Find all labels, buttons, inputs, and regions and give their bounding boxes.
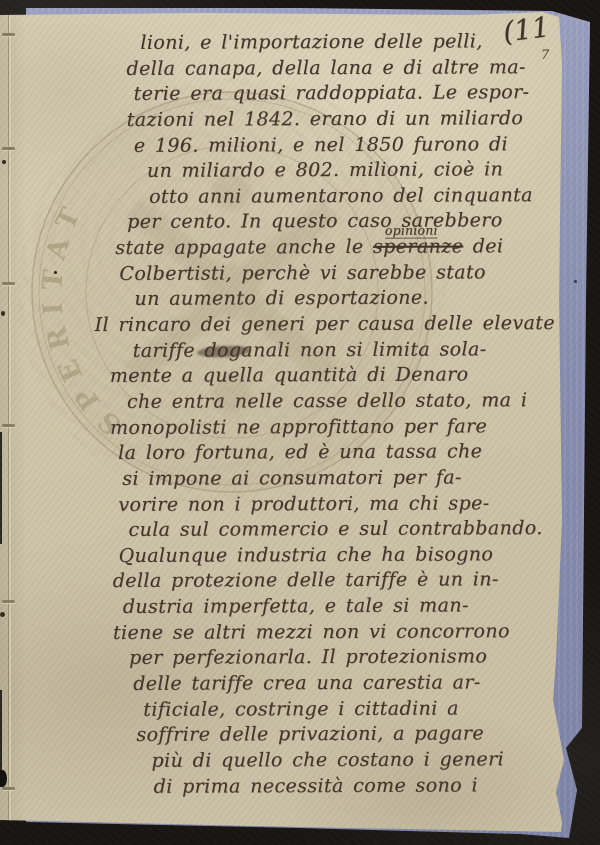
manuscript-line: più di quello che costano i generi bbox=[151, 748, 581, 776]
manuscript-line: otto anni aumentarono del cinquanta bbox=[149, 184, 579, 212]
manuscript-line: vorire non i produttori, ma chi spe- bbox=[118, 491, 580, 519]
manuscript-line: tificiale, costringe i cittadini a bbox=[143, 697, 581, 725]
manuscript-line: tariffe doganali non si limita sola- bbox=[133, 338, 580, 366]
struck-word: speranze bbox=[373, 236, 463, 258]
manuscript-line: Qualunque industria che ha bisogno bbox=[119, 543, 581, 571]
manuscript-line: della canapa, della lana e di altre ma- bbox=[126, 56, 578, 84]
binding-fold bbox=[8, 14, 11, 822]
paper-speck bbox=[0, 612, 5, 617]
backdrop-sliver bbox=[0, 690, 2, 770]
inserted-word: opinioni bbox=[385, 223, 438, 239]
correction: opinionisperanze bbox=[373, 236, 463, 258]
manuscript-line: un miliardo e 802. milioni, cioè in bbox=[147, 158, 579, 186]
manuscript-line: e 196. milioni, e nel 1850 furono di bbox=[134, 133, 579, 161]
manuscript-line: monopolisti ne approfittano per fare bbox=[110, 415, 580, 443]
manuscript-line-with-correction: state appagate anche le opinionisperanze… bbox=[115, 235, 579, 263]
page-number: (11 bbox=[501, 10, 551, 48]
manuscript-line: un aumento di esportazione. bbox=[134, 286, 579, 314]
manuscript-line: tiene se altri mezzi non vi concorrono bbox=[113, 620, 581, 648]
stitch-mark bbox=[2, 147, 15, 150]
manuscript-page: SPERITAT lioni, e l'importazione delle p… bbox=[0, 0, 600, 845]
backdrop-sliver bbox=[0, 432, 2, 544]
stitch-mark bbox=[2, 600, 15, 603]
manuscript-line: per perfezionarla. Il protezionismo bbox=[129, 645, 581, 673]
manuscript-line: della protezione delle tariffe è un in- bbox=[113, 568, 581, 596]
manuscript-line: cula sul commercio e sul contrabbando. bbox=[128, 517, 580, 545]
manuscript-line: che entra nelle casse dello stato, ma i bbox=[127, 389, 580, 417]
manuscript-line: soffrire delle privazioni, a pagare bbox=[136, 722, 581, 750]
stitch-mark bbox=[2, 787, 15, 790]
paper-speck bbox=[2, 160, 6, 164]
pen-flourish: 7 bbox=[541, 48, 549, 63]
line-text: dei bbox=[463, 235, 503, 257]
paper-speck bbox=[54, 271, 57, 274]
manuscript-line: tazioni nel 1842. erano di un miliardo bbox=[127, 107, 579, 135]
manuscript-line: delle tariffe crea una carestia ar- bbox=[133, 671, 581, 699]
paper-speck bbox=[1, 311, 5, 316]
stitch-mark bbox=[2, 424, 15, 427]
manuscript-line-paragraph-start: Il rincaro dei generi per causa delle el… bbox=[95, 312, 580, 340]
manuscript-line: terie era quasi raddoppiata. Le espor- bbox=[134, 81, 579, 109]
manuscript-line: per cento. In questo caso sarebbero bbox=[127, 209, 579, 237]
stitch-mark bbox=[2, 282, 15, 285]
line-text: state appagate anche le bbox=[115, 236, 373, 259]
scan-backdrop: SPERITAT lioni, e l'importazione delle p… bbox=[0, 0, 600, 845]
stitch-mark bbox=[2, 33, 15, 36]
manuscript-line: di prima necessità come sono i bbox=[154, 774, 582, 802]
manuscript-line: dustria imperfetta, e tale si man- bbox=[123, 594, 581, 622]
manuscript-line: si impone ai consumatori per fa- bbox=[122, 466, 580, 494]
manuscript-line: la loro fortuna, ed è una tassa che bbox=[118, 440, 580, 468]
manuscript-line: Colbertisti, perchè vi sarebbe stato bbox=[119, 261, 579, 289]
manuscript-line: mente a quella quantità di Denaro bbox=[110, 363, 580, 391]
manuscript-text: lioni, e l'importazione delle pelli, del… bbox=[90, 30, 581, 801]
speck-on-blue-edge bbox=[574, 280, 577, 283]
